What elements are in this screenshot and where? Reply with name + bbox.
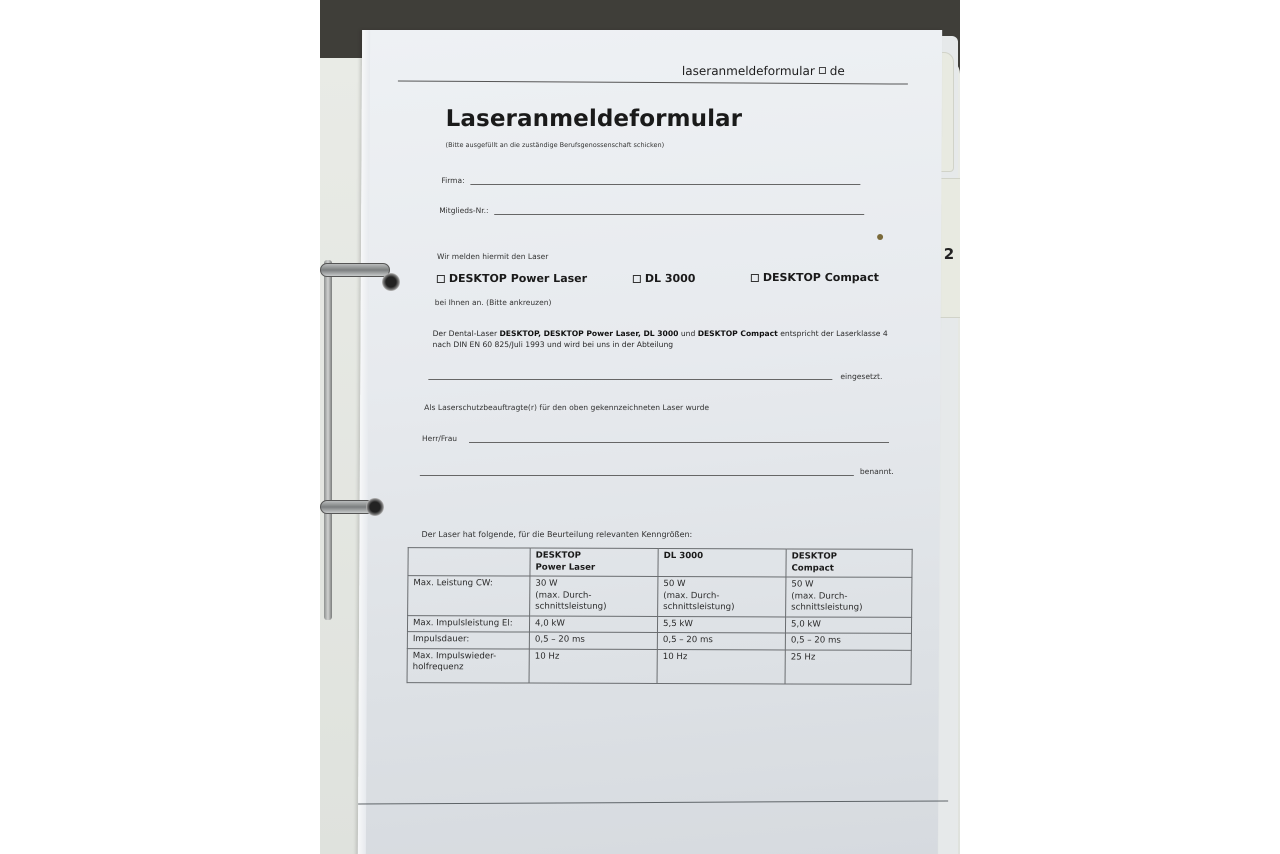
square-bullet-icon [819, 67, 826, 74]
mitglieds-input[interactable] [495, 207, 865, 215]
register-outro: bei Ihnen an. (Bitte ankreuzen) [435, 298, 552, 307]
department-input[interactable] [428, 372, 832, 380]
header-url: laseranmeldeformularde [682, 64, 845, 78]
firma-input[interactable] [471, 177, 861, 185]
option-desktop-power-laser[interactable]: DESKTOP Power Laser [437, 272, 587, 285]
divider-tab-label: 2 [944, 245, 954, 317]
document-subtitle: (Bitte ausgefüllt an die zuständige Beru… [446, 141, 665, 149]
officer-intro: Als Laserschutzbeauftragte(r) für den ob… [424, 403, 709, 412]
officer-field: Herr/Frau [422, 434, 889, 443]
checkbox-icon[interactable] [437, 275, 445, 283]
officer-suffix: benannt. [860, 467, 894, 476]
table-row: Max. Impulsleistung El: 4,0 kW 5,5 kW 5,… [407, 615, 911, 633]
option-dl-3000[interactable]: DL 3000 [633, 272, 696, 285]
department-suffix: eingesetzt. [840, 372, 882, 381]
officer-label: Herr/Frau [422, 434, 457, 443]
binder-ring-hole-top [382, 273, 400, 291]
officer-input-continued[interactable] [420, 468, 854, 476]
specs-table: DESKTOP Power Laser DL 3000 DESKTOP Comp… [407, 547, 913, 684]
table-header-row: DESKTOP Power Laser DL 3000 DESKTOP Comp… [408, 548, 912, 578]
binder-spine-bar [324, 260, 332, 620]
footer-rule [358, 800, 948, 804]
option-desktop-compact[interactable]: DESKTOP Compact [751, 271, 879, 284]
firma-label: Firma: [441, 176, 464, 185]
paper-speck [877, 234, 883, 240]
register-intro: Wir melden hiermit den Laser [437, 252, 548, 261]
table-row: Max. Leistung CW: 30 W (max. Durch- schn… [408, 576, 912, 617]
officer-input[interactable] [469, 435, 889, 443]
document-title: Laseranmeldeformular [446, 106, 743, 132]
mitglieds-label: Mitglieds-Nr.: [439, 206, 488, 215]
checkbox-icon[interactable] [633, 275, 641, 283]
mitglieds-field: Mitglieds-Nr.: [439, 206, 864, 215]
binder-ring-top [320, 263, 390, 277]
form-sheet: laseranmeldeformularde Laseranmeldeformu… [358, 30, 942, 854]
checkbox-icon[interactable] [751, 274, 759, 282]
firma-field: Firma: [441, 176, 860, 185]
table-row: Impulsdauer: 0,5 – 20 ms 0,5 – 20 ms 0,5… [407, 632, 911, 650]
table-row: Max. Impulswieder- holfrequenz 10 Hz 10 … [407, 648, 911, 684]
table-intro: Der Laser hat folgende, für die Beurteil… [422, 530, 693, 539]
binder-photo: 1 2 laseranmeldeformularde Laseranmeldef… [320, 0, 960, 854]
binder-ring-hole-bottom [366, 498, 384, 516]
header-rule [398, 80, 908, 84]
class-paragraph: Der Dental-Laser DESKTOP, DESKTOP Power … [432, 328, 902, 350]
